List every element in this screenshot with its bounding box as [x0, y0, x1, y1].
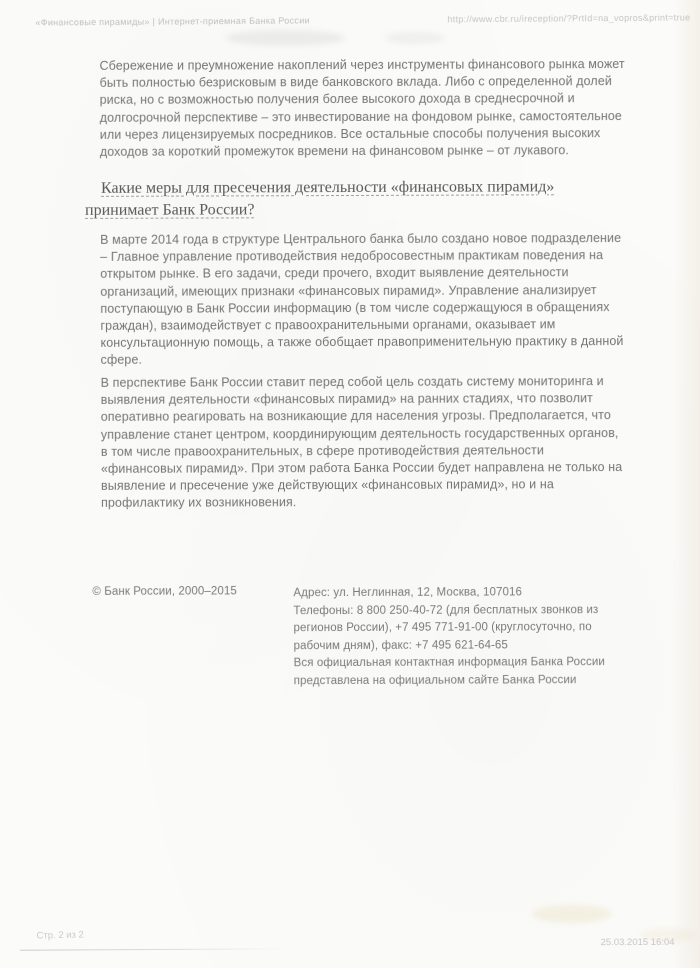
footer-contact-block: Адрес: ул. Неглинная, 12, Москва, 107016… — [293, 584, 609, 690]
paragraph-future-monitoring: В перспективе Банк России ставит перед с… — [101, 373, 628, 512]
paragraph-new-division: В марте 2014 года в структуре Центрально… — [100, 230, 627, 369]
print-header-url: http://www.cbr.ru/ireception/?PrtId=na_v… — [447, 12, 690, 24]
scanned-document-page: «Финансовые пирамиды» | Интернет-приемна… — [0, 0, 700, 968]
print-footer-page-number: Стр. 2 из 2 — [36, 929, 84, 941]
print-header: «Финансовые пирамиды» | Интернет-приемна… — [35, 12, 690, 27]
paragraph-savings-intro: Сбережение и преумножение накоплений чер… — [100, 56, 627, 161]
print-footer-datetime: 25.03.2015 16:04 — [601, 937, 675, 948]
scan-content: «Финансовые пирамиды» | Интернет-приемна… — [0, 0, 700, 968]
footer-address: Адрес: ул. Неглинная, 12, Москва, 107016 — [293, 584, 609, 603]
footer-copyright: © Банк России, 2000–2015 — [92, 585, 236, 598]
footer-phones: Телефоны: 8 800 250-40-72 (для бесплатны… — [293, 602, 609, 656]
footer-contact-note: Вся официальная контактная информация Ба… — [294, 654, 610, 690]
question-heading: Какие меры для пресечения деятельности «… — [85, 176, 601, 221]
print-header-title: «Финансовые пирамиды» | Интернет-приемна… — [35, 15, 310, 27]
